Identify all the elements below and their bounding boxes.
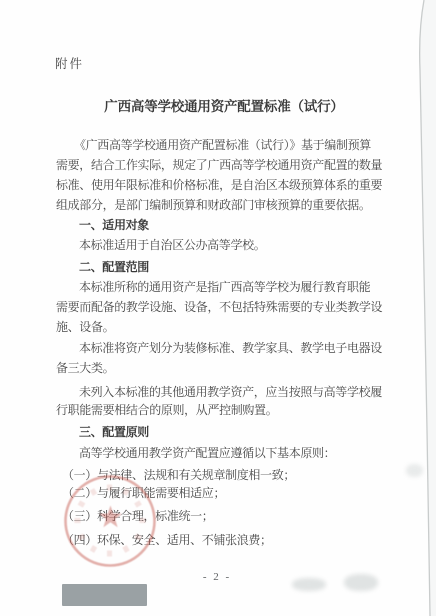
document-line: 行职能需要相结合的原则，从严控制购置。 (56, 402, 277, 418)
document-line: 本标准所称的通用资产是指广西高等学校为履行教育职能 (79, 279, 370, 295)
document-line: 需要而配备的教学设施、设备，不包括特殊需要的专业类教学设 (56, 299, 382, 315)
redaction-bar (62, 584, 147, 606)
scanned-document-page: 附件 广西高等学校通用资产配置标准（试行） 《广西高等学校通用资产配置标准（试行… (0, 0, 436, 616)
scan-smudge (344, 574, 378, 591)
document-line: 本标准将资产划分为装修标准、教学家具、教学电子电器设 (79, 340, 382, 356)
attachment-label: 附件 (55, 54, 84, 72)
scan-smudge (292, 578, 326, 591)
document-line: 《广西高等学校通用资产配置标准（试行）》基于编制预算 (74, 137, 371, 153)
document-line: 施、设备。 (56, 319, 114, 335)
document-line: 未列入本标准的其他通用教学资产，应当按照与高等学校履 (79, 384, 382, 400)
document-line: 高等学校通用教学资产配置应遵循以下基本原则： (79, 445, 335, 461)
seal-star (99, 506, 122, 528)
section-heading-line: 一、适用对象 (79, 217, 149, 233)
document-line: 需要，结合工作实际，规定了广西高等学校通用资产配置的数量 (56, 157, 382, 173)
document-line: 本标准适用于自治区公办高等学校。 (79, 237, 265, 253)
section-heading-line: 三、配置原则 (79, 424, 149, 440)
document-line: 组成部分，是部门编制预算和财政部门审核预算的重要依据。 (56, 197, 371, 213)
page-number: - 2 - (203, 571, 231, 583)
document-title: 广西高等学校通用资产配置标准（试行） (104, 95, 343, 115)
document-line: 标准、使用年限标准和价格标准，是自治区本级预算体系的重要 (56, 177, 382, 193)
document-line: 备三大类。 (56, 360, 114, 376)
official-seal-stamp (62, 473, 158, 569)
section-heading-line: 二、配置范围 (79, 259, 149, 275)
scan-smudge (406, 464, 423, 477)
